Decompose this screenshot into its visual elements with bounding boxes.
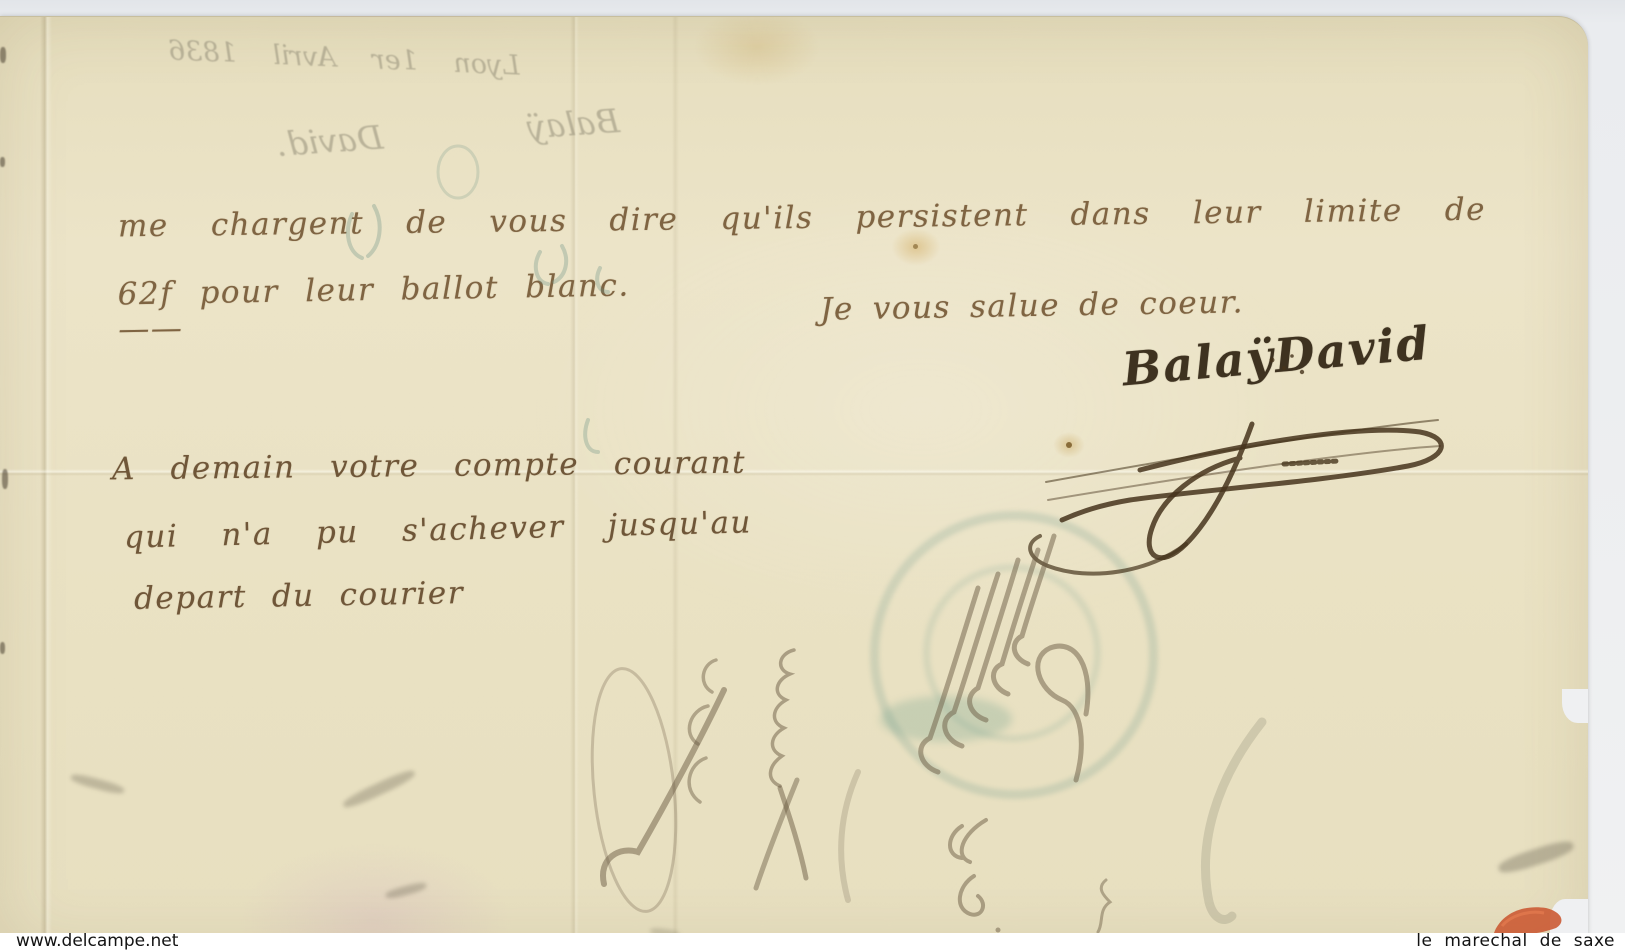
postscript-line-2: qui n'a pu s'achever jusqu'au bbox=[124, 505, 753, 555]
ink-fleck bbox=[1066, 442, 1072, 448]
letter-paper: Lyon 1er Avril 1836 Balaÿ David. me char… bbox=[0, 16, 1588, 951]
paper-tear-notch bbox=[1562, 689, 1588, 723]
paper-edge-mark bbox=[0, 47, 6, 63]
watermark-bar: www.delcampe.net le marechal de saxe bbox=[0, 933, 1625, 951]
pencil-smudge bbox=[1496, 837, 1575, 876]
letter-closing-line: Je vous salue de coeur. bbox=[820, 285, 1245, 327]
paper-edge-mark bbox=[0, 642, 5, 654]
fold-crease-vertical-left bbox=[40, 17, 52, 951]
postscript-line-3: depart du courier bbox=[134, 576, 465, 616]
watermark-site-text: www.delcampe.net bbox=[16, 932, 178, 951]
postal-stamp-smudge bbox=[880, 696, 1012, 742]
fold-crease-vertical-center bbox=[570, 17, 579, 951]
fold-crease-vertical-right bbox=[672, 17, 679, 951]
paper-edge-mark bbox=[0, 157, 5, 167]
bleedthrough-name-line: Balaÿ David. bbox=[275, 101, 621, 164]
watermark-seller-text: le marechal de saxe bbox=[1416, 932, 1615, 951]
postal-stamp-outer-ring bbox=[870, 511, 1158, 799]
pencil-smudge bbox=[341, 767, 417, 811]
letter-scan: Lyon 1er Avril 1836 Balaÿ David. me char… bbox=[0, 0, 1625, 951]
signature: BalaÿDavid bbox=[1120, 318, 1432, 396]
ink-fleck bbox=[913, 244, 918, 249]
bleedthrough-date-line: Lyon 1er Avril 1836 bbox=[167, 35, 520, 81]
pencil-smudge bbox=[70, 772, 126, 796]
postscript-line-1: A demain votre compte courant bbox=[112, 446, 746, 487]
paper-edge-mark bbox=[2, 469, 8, 489]
pencil-smudge bbox=[385, 881, 428, 901]
letter-body-line-1: me chargent de vous dire qu'ils persiste… bbox=[118, 193, 1486, 244]
letter-body-line-2: 62f pour leur ballot blanc. —— bbox=[117, 269, 630, 347]
